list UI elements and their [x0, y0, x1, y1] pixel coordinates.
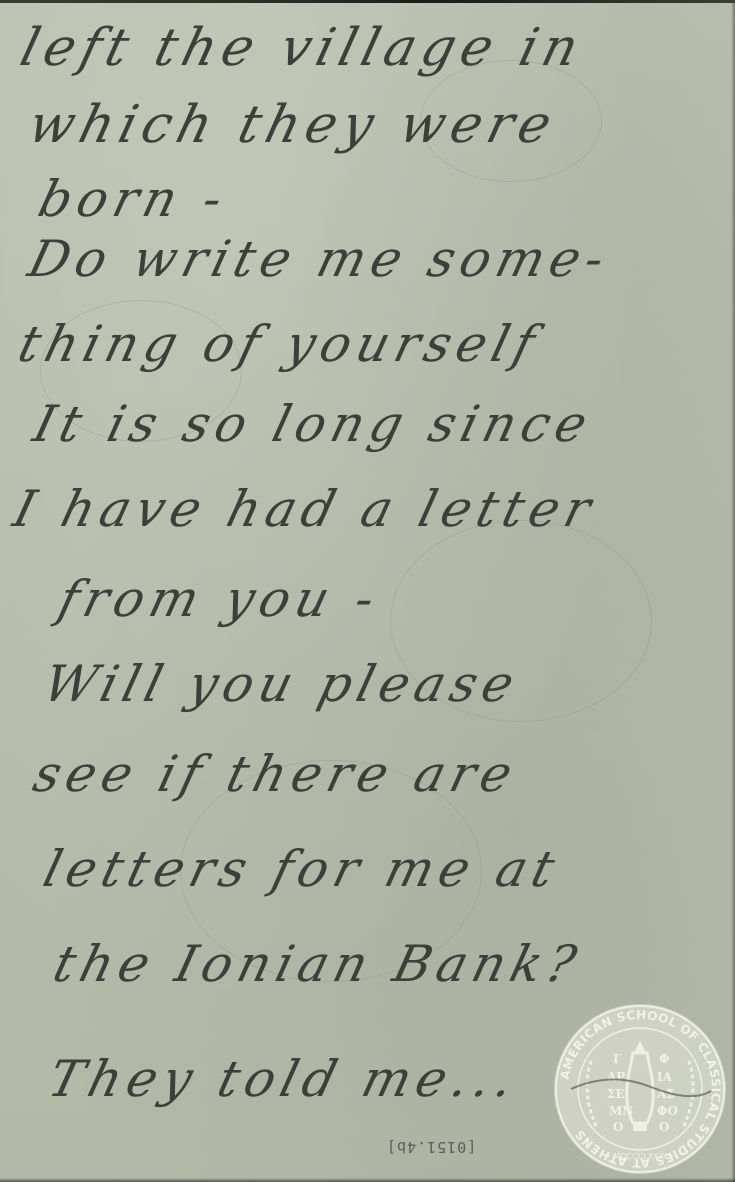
institution-seal-icon: AMERICAN SCHOOL OF CLASSICAL STUDIES AT … — [551, 1001, 729, 1177]
svg-text:Ο: Ο — [659, 1120, 669, 1134]
scan-bottom-edge — [0, 1178, 735, 1182]
handwritten-line: which they were — [23, 95, 564, 155]
scan-right-edge — [731, 0, 735, 1182]
svg-text:• MDCCCLXXXI •: • MDCCCLXXXI • — [606, 1152, 674, 1161]
svg-text:Ο: Ο — [613, 1120, 623, 1134]
handwritten-line: Do write me some- — [23, 230, 616, 288]
handwritten-line: see if there are — [28, 745, 524, 803]
handwritten-line: thing of yourself — [13, 315, 547, 373]
handwritten-line: They told me... — [43, 1050, 526, 1108]
archive-reference-label: [0151.4b] — [386, 1138, 476, 1156]
handwritten-line: the Ionian Bank? — [48, 935, 588, 993]
handwritten-line: from you - — [53, 570, 387, 628]
svg-text:ΑΡ: ΑΡ — [606, 1070, 625, 1084]
handwritten-line: left the village in — [15, 18, 591, 78]
letter-page: left the village in which they were born… — [0, 0, 735, 1182]
svg-text:ΦΟ: ΦΟ — [657, 1104, 678, 1118]
svg-text:Γ: Γ — [613, 1052, 622, 1066]
svg-text:ΙΑ: ΙΑ — [657, 1070, 673, 1084]
handwritten-line: letters for me at — [38, 840, 566, 898]
handwritten-line: born - — [33, 170, 234, 228]
scan-top-edge — [0, 0, 735, 3]
svg-text:Φ: Φ — [659, 1052, 669, 1066]
handwritten-line: I have had a letter — [8, 480, 603, 538]
svg-text:ΣΕ: ΣΕ — [607, 1087, 625, 1101]
handwritten-line: It is so long since — [28, 395, 599, 453]
svg-text:ΜΝ: ΜΝ — [609, 1104, 633, 1118]
handwritten-line: Will you please — [38, 655, 526, 713]
